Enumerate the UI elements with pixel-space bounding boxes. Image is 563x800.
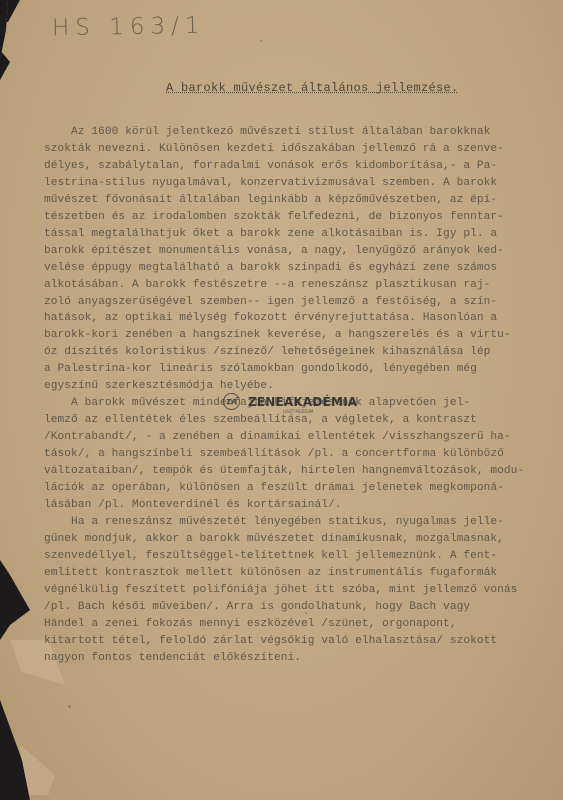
text-line: lásában /pl. Monteverdinél és kortársain… — [44, 497, 544, 514]
text-line: tészetben és az irodalomben szokták felf… — [44, 209, 544, 226]
text-line: hatások, az optikai mélység fokozott érv… — [44, 310, 544, 327]
text-line: kitartott tétel, feloldó zárlat végsőkig… — [44, 633, 544, 650]
document-page: HS 163/1 A barokk művészet általános jel… — [0, 0, 563, 800]
text-line: Az 1600 körül jelentkező művészeti stilu… — [44, 124, 544, 141]
torn-edge — [0, 50, 10, 80]
text-line: barokk-kori zenében a hangszínek keverés… — [44, 327, 544, 344]
text-line: alkotásában. A barokk festészetre --a re… — [44, 277, 544, 294]
torn-corner — [0, 0, 20, 22]
text-line: Händel a zenei fokozás mennyi eszközével… — [44, 616, 544, 633]
text-line: lációk az operában, különösen a feszült … — [44, 480, 544, 497]
paper-fold-lower — [20, 745, 55, 795]
text-line: lestrina-stilus nyugalmával, konzervativ… — [44, 175, 544, 192]
text-line: művészet fővonásait általában leginkább … — [44, 192, 544, 209]
text-line: változataiban/, tempók és ütemfajták, hi… — [44, 463, 544, 480]
text-line: zoló anyagszerűségével szemben-- igen je… — [44, 294, 544, 311]
text-line: óz díszítés koloristikus /színező/ lehet… — [44, 344, 544, 361]
shelfmark-annotation: HS 163/1 — [52, 13, 206, 42]
text-line: délyes, szabálytalan, forradalmi vonások… — [44, 158, 544, 175]
stamp-label: ZENEAKADÉMIA — [248, 395, 357, 409]
text-line: gűnek mondjuk, akkor a barokk művészetet… — [44, 531, 544, 548]
library-stamp: ZA ZENEAKADÉMIA LISZT MÚZEUM — [223, 393, 357, 410]
text-line: szokták nevezni. Különösen kezdeti idősz… — [44, 141, 544, 158]
text-line: lemző az ellentétek éles szembeállítása,… — [44, 412, 544, 429]
paper-speck — [68, 705, 71, 708]
text-line: szenvedéllyel, feszültséggel-telítettnek… — [44, 548, 544, 565]
paper-speck — [260, 40, 262, 42]
text-line: /Kontrabandt/, - a zenében a dinamikai e… — [44, 429, 544, 446]
text-line: nagyon fontos tendenciát előkészíteni. — [44, 650, 544, 667]
text-line: végnélkülig feszített polifóniája jöhet … — [44, 582, 544, 599]
text-line: a Palestrina-kor lineáris szólamokban go… — [44, 361, 544, 378]
paper-speck — [305, 612, 307, 614]
stamp-sublabel: LISZT MÚZEUM — [283, 409, 313, 414]
text-line: említett kontrasztok mellett különösen a… — [44, 565, 544, 582]
stamp-logo-icon: ZA — [223, 393, 240, 410]
text-line: barokk építészet monumentális vonása, a … — [44, 243, 544, 260]
text-line: /pl. Bach késői műveiben/. Arra is gondo… — [44, 599, 544, 616]
document-title: A barokk művészet általános jellemzése. — [166, 81, 459, 95]
text-line: Ha a reneszánsz művészetét lényegében st… — [44, 514, 544, 531]
text-line: velése éppugy megtalálható a barokk szin… — [44, 260, 544, 277]
text-line: tások/, a hangszínbeli szembeállítások /… — [44, 446, 544, 463]
text-line: tással megtalálhatjuk őket a barokk zene… — [44, 226, 544, 243]
